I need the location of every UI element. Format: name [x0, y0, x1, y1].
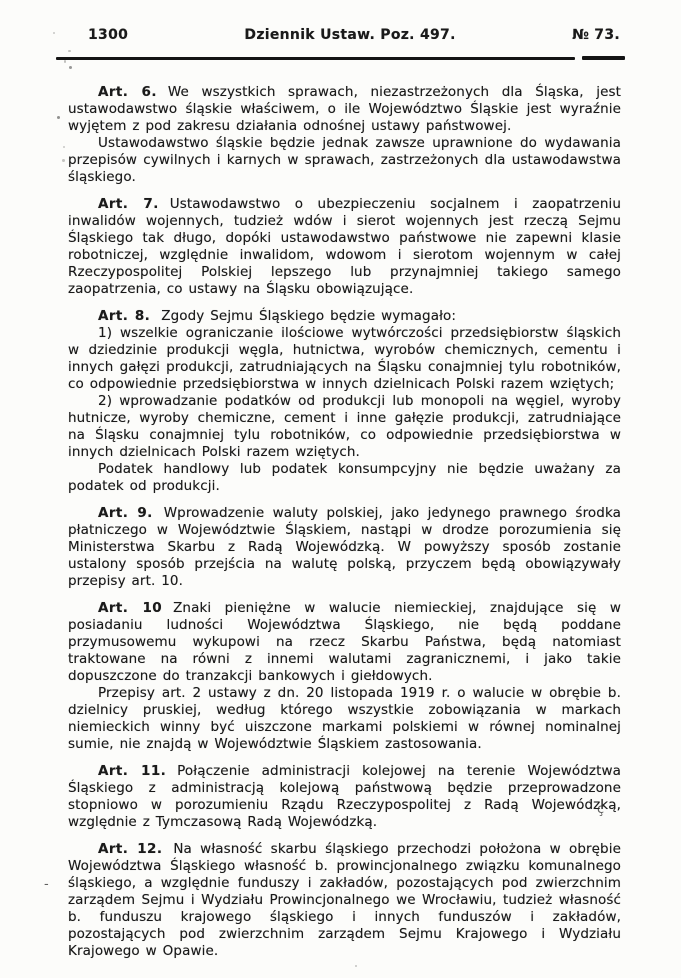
- article: Art. 11.Połączenie administracji kolejow…: [68, 763, 621, 831]
- article-paragraph: Art. 7.Ustawodawstwo o ubezpieczeniu soc…: [68, 196, 621, 298]
- page-header: 1300 Dziennik Ustaw. Poz. 497. № 73.: [57, 27, 624, 43]
- scan-speck: [57, 116, 60, 119]
- article: Art. 8.Zgody Sejmu Śląskiego będzie wyma…: [68, 308, 621, 495]
- paragraph-text: Ustawodawstwo śląskie będzie jednak zaws…: [68, 135, 621, 185]
- paragraph-text: Przepisy art. 2 ustawy z dn. 20 listopad…: [68, 685, 621, 752]
- article-paragraph: Art. 10Znaki pieniężne w walucie niemiec…: [68, 600, 621, 685]
- article-paragraph: Podatek handlowy lub podatek konsumpcyjn…: [68, 461, 621, 495]
- paragraph-text: Na własność skarbu śląskiego przechodzi …: [68, 841, 621, 959]
- header-rule: [56, 57, 625, 60]
- article-number-label: Art. 9.: [98, 505, 164, 521]
- article: Art. 9.Wprowadzenie waluty polskiej, jak…: [68, 505, 621, 590]
- article-paragraph: Art. 9.Wprowadzenie waluty polskiej, jak…: [68, 505, 621, 590]
- article-paragraph: Art. 6.We wszystkich sprawach, niezastrz…: [68, 84, 621, 135]
- scan-speck: [63, 146, 65, 148]
- document-body: Art. 6.We wszystkich sprawach, niezastrz…: [68, 84, 621, 960]
- article-paragraph: 1) wszelkie ograniczanie ilościowe wytwó…: [68, 325, 621, 393]
- article-number-label: Art. 7.: [98, 196, 170, 212]
- article-number-label: Art. 10: [98, 600, 173, 616]
- article: Art. 10Znaki pieniężne w walucie niemiec…: [68, 600, 621, 753]
- scan-speck: [62, 159, 65, 162]
- article-paragraph: 2) wprowadzanie podatków od produkcji lu…: [68, 393, 621, 461]
- article: Art. 7.Ustawodawstwo o ubezpieczeniu soc…: [68, 196, 621, 298]
- paragraph-text: 2) wprowadzanie podatków od produkcji lu…: [68, 393, 621, 460]
- header-rule-long-segment: [56, 57, 575, 60]
- article: Art. 12.Na własność skarbu śląskiego prz…: [68, 841, 621, 960]
- paragraph-text: Podatek handlowy lub podatek konsumpcyjn…: [68, 461, 621, 494]
- document-page: 1300 Dziennik Ustaw. Poz. 497. № 73. Art…: [0, 0, 681, 978]
- article-paragraph: Przepisy art. 2 ustawy z dn. 20 listopad…: [68, 685, 621, 753]
- ink-smudge: ç: [597, 802, 604, 817]
- scan-speck: [53, 32, 55, 34]
- scan-speck: [69, 66, 72, 69]
- article-number-label: Art. 12.: [98, 841, 173, 857]
- article-paragraph: Art. 8.Zgody Sejmu Śląskiego będzie wyma…: [68, 308, 621, 325]
- article-number-label: Art. 6.: [98, 84, 168, 100]
- scan-speck: [355, 965, 357, 967]
- page-number: 1300: [57, 27, 128, 43]
- article-number-label: Art. 8.: [98, 308, 161, 324]
- article-number-label: Art. 11.: [98, 763, 177, 779]
- scan-speck: [70, 123, 72, 125]
- issue-number: № 73.: [572, 27, 624, 43]
- article-paragraph: Ustawodawstwo śląskie będzie jednak zaws…: [68, 135, 621, 186]
- paragraph-text: 1) wszelkie ograniczanie ilościowe wytwó…: [68, 325, 621, 392]
- ink-smudge: -: [44, 877, 49, 892]
- article: Art. 6.We wszystkich sprawach, niezastrz…: [68, 84, 621, 186]
- article-paragraph: Art. 11.Połączenie administracji kolejow…: [68, 763, 621, 831]
- scan-speck: [589, 800, 591, 802]
- gazette-title: Dziennik Ustaw. Poz. 497.: [128, 27, 572, 43]
- scan-speck: [64, 60, 66, 63]
- scan-speck: [68, 50, 71, 52]
- paragraph-text: Zgody Sejmu Śląskiego będzie wymagało:: [161, 308, 456, 324]
- article-paragraph: Art. 12.Na własność skarbu śląskiego prz…: [68, 841, 621, 960]
- header-rule-short-segment: [582, 56, 625, 60]
